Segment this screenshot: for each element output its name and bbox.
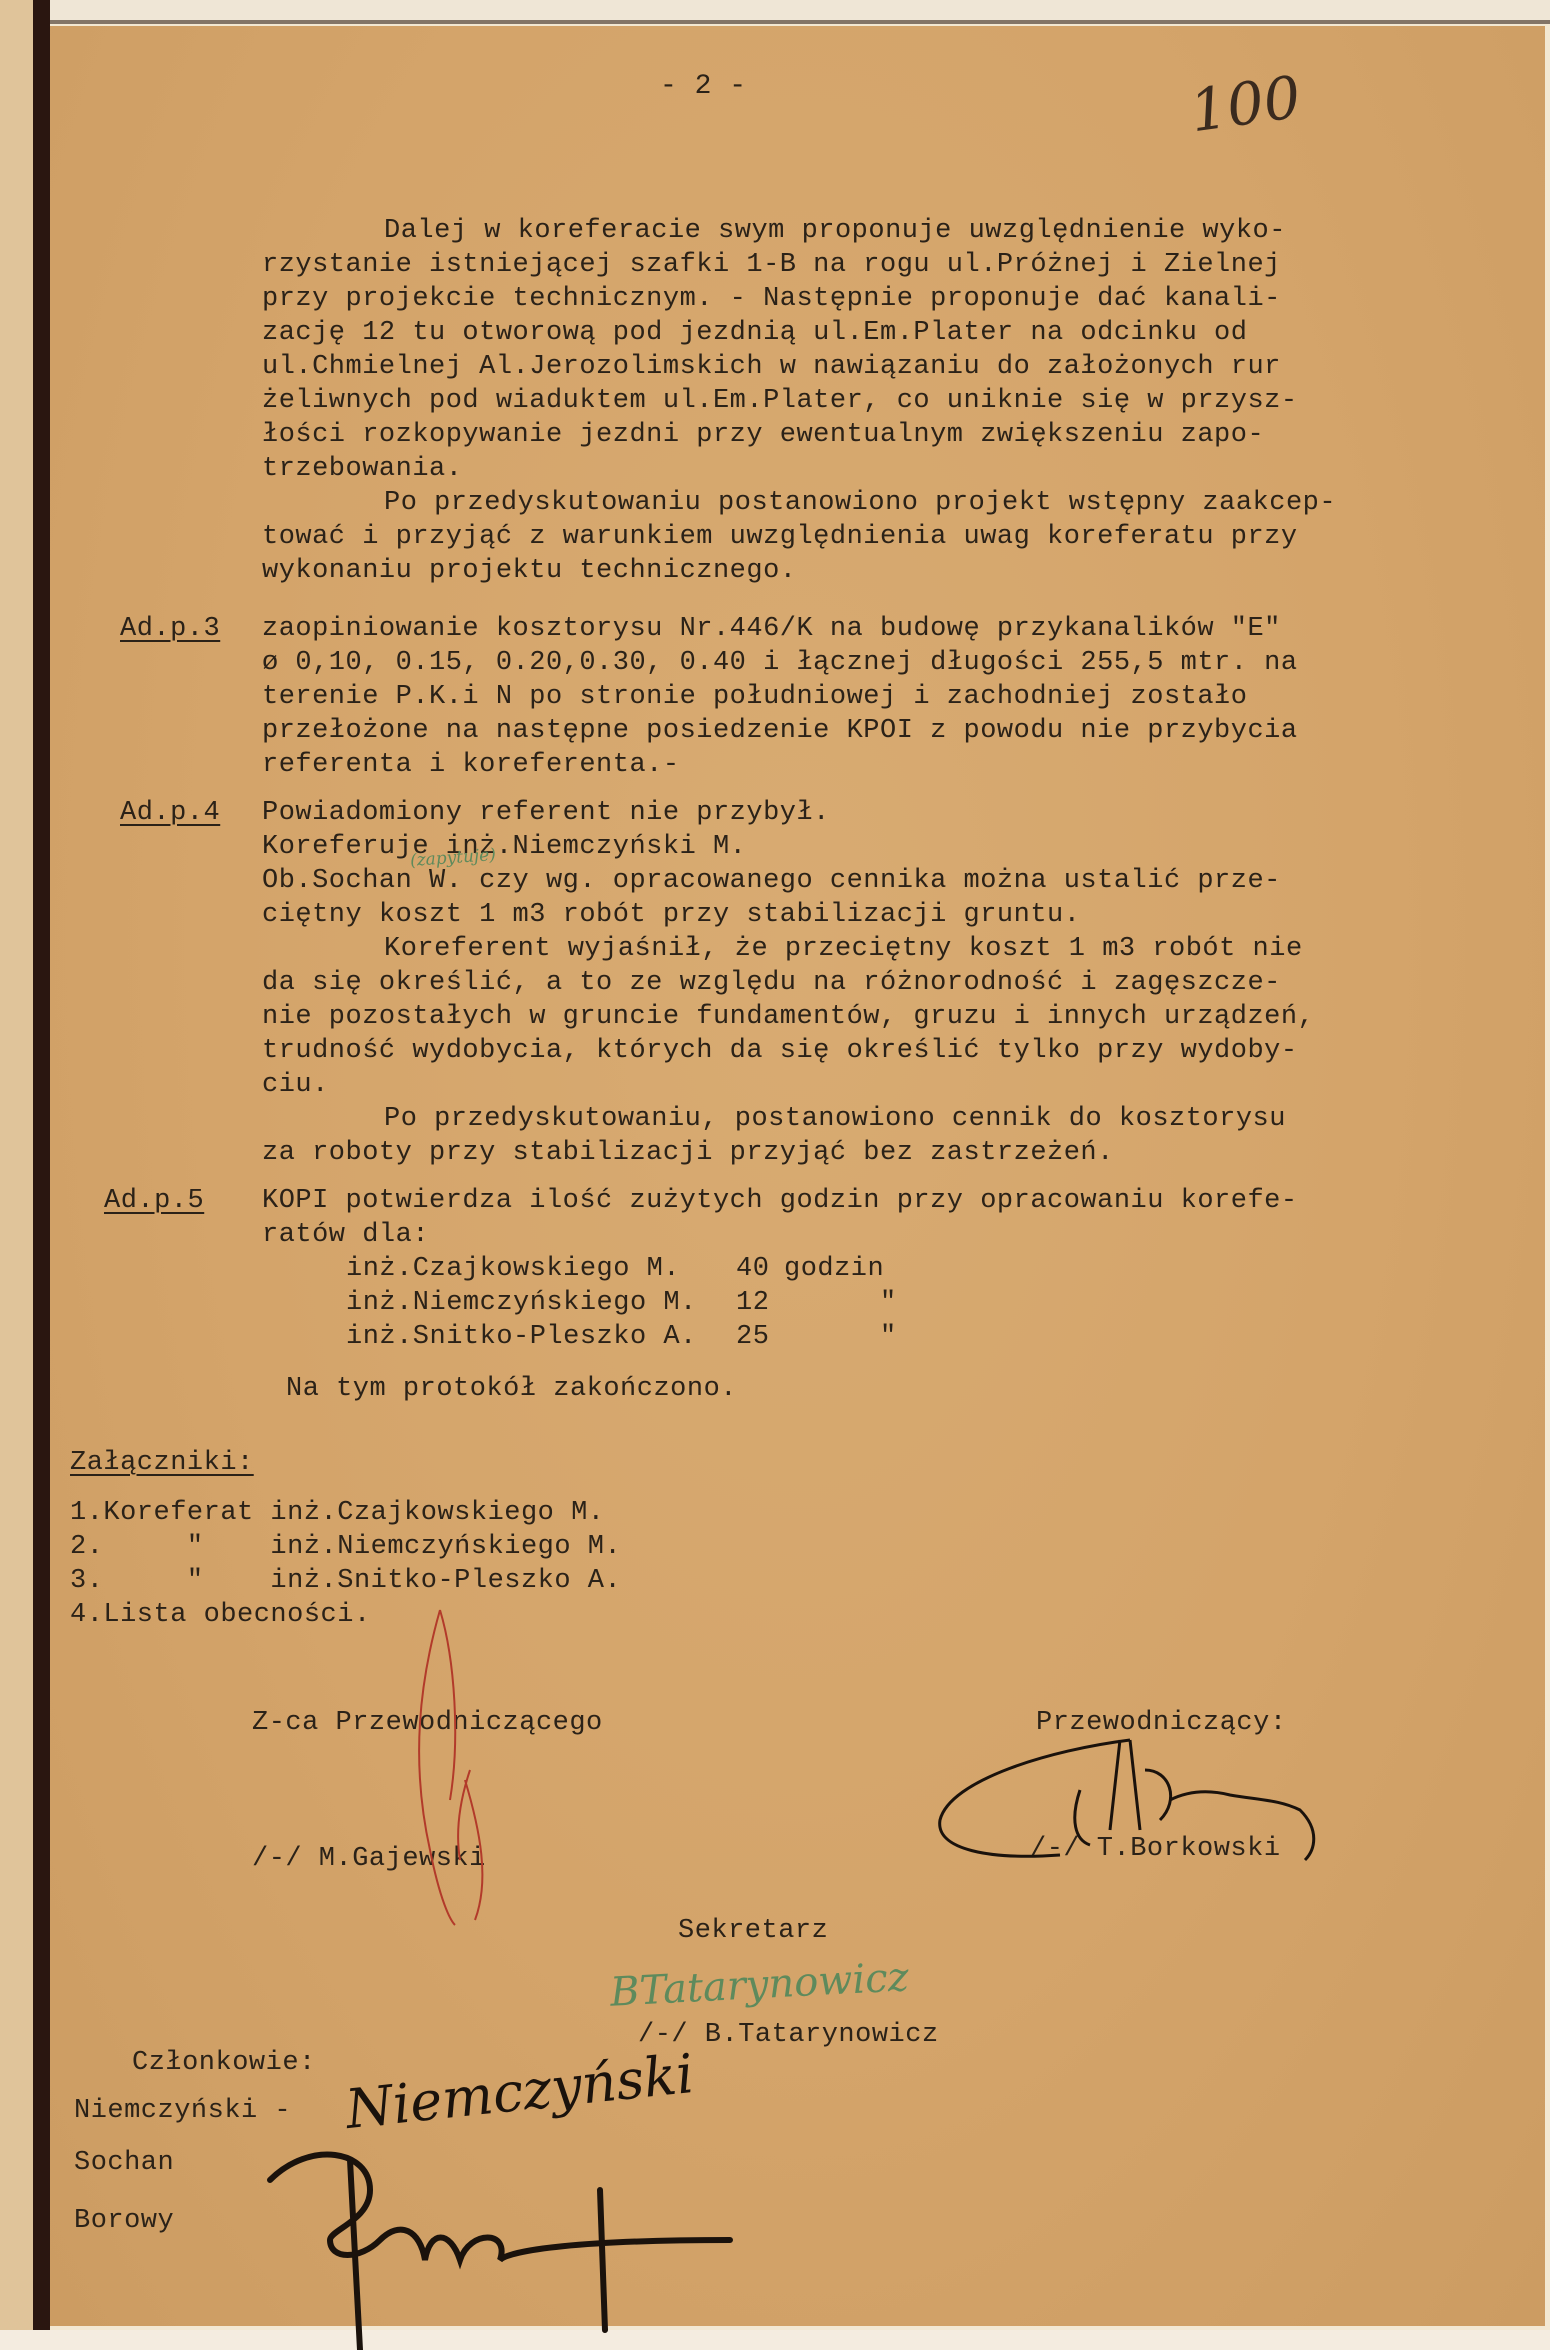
hours-value: 40	[736, 1252, 769, 1286]
hours-value: 12	[736, 1286, 769, 1320]
red-signature-icon	[400, 1600, 520, 1930]
scan-bottom-edge	[0, 2330, 1550, 2350]
hours-unit: "	[880, 1286, 897, 1320]
binding-edge	[33, 0, 50, 2350]
text-line: nie pozostałych w gruncie fundamentów, g…	[262, 1000, 1314, 1034]
text-line: Po przedyskutowaniu, postanowiono cennik…	[384, 1102, 1286, 1136]
text-line: Koreferuje inż.Niemczyński M.	[262, 830, 746, 864]
text-line: przy projekcie technicznym. - Następnie …	[262, 282, 1281, 316]
text-line: trudność wydobycia, których da się okreś…	[262, 1034, 1298, 1068]
member-name: Borowy	[74, 2204, 174, 2238]
text-line: rzystanie istniejącej szafki 1-B na rogu…	[262, 248, 1281, 282]
item-label: Ad.p.5	[104, 1184, 204, 1218]
scan-top-edge	[0, 0, 1550, 24]
member-name: Niemczyński -	[74, 2094, 291, 2128]
attachments-heading: Załączniki:	[70, 1446, 254, 1480]
text-line: ø 0,10, 0.15, 0.20,0.30, 0.40 i łącznej …	[262, 646, 1298, 680]
text-line: Koreferent wyjaśnił, że przeciętny koszt…	[384, 932, 1303, 966]
text-line: łości rozkopywanie jezdni przy ewentualn…	[262, 418, 1264, 452]
attachment-item: 2. " inż.Niemczyńskiego M.	[70, 1530, 621, 1564]
text-line: Po przedyskutowaniu postanowiono projekt…	[384, 486, 1336, 520]
attachment-item: 4.Lista obecności.	[70, 1598, 371, 1632]
text-line: żeliwnych pod wiaduktem ul.Em.Plater, co…	[262, 384, 1298, 418]
item-label: Ad.p.3	[120, 612, 220, 646]
member-name: Sochan	[74, 2146, 174, 2180]
text-line: tować i przyjąć z warunkiem uwzględnieni…	[262, 520, 1298, 554]
text-line: zację 12 tu otworową pod jezdnią ul.Em.P…	[262, 316, 1247, 350]
item-label: Ad.p.4	[120, 796, 220, 830]
text-line: za roboty przy stabilizacji przyjąć bez …	[262, 1136, 1114, 1170]
hours-name: inż.Snitko-Pleszko A.	[346, 1320, 697, 1354]
text-line: zaopiniowanie kosztorysu Nr.446/K na bud…	[262, 612, 1281, 646]
hours-unit: "	[880, 1320, 897, 1354]
hours-unit: godzin	[784, 1252, 884, 1286]
text-line: przełożone na następne posiedzenie KPOI …	[262, 714, 1298, 748]
text-line: trzebowania.	[262, 452, 462, 486]
text-line: KOPI potwierdza ilość zużytych godzin pr…	[262, 1184, 1298, 1218]
members-title: Członkowie:	[132, 2046, 316, 2080]
text-line: da się określić, a to ze względu na różn…	[262, 966, 1281, 1000]
closing-text: Na tym protokół zakończono.	[286, 1372, 737, 1406]
text-line: wykonaniu projektu technicznego.	[262, 554, 796, 588]
attachment-item: 3. " inż.Snitko-Pleszko A.	[70, 1564, 621, 1598]
text-line: referenta i koreferenta.-	[262, 748, 680, 782]
attachment-item: 1.Koreferat inż.Czajkowskiego M.	[70, 1496, 604, 1530]
text-line: Dalej w koreferacie swym proponuje uwzgl…	[384, 214, 1286, 248]
signature-title: Sekretarz	[678, 1914, 828, 1948]
text-line: Powiadomiony referent nie przybył.	[262, 796, 830, 830]
text-line: ciu.	[262, 1068, 329, 1102]
text-line: ratów dla:	[262, 1218, 429, 1252]
hours-name: inż.Niemczyńskiego M.	[346, 1286, 697, 1320]
chair-signature-icon	[930, 1730, 1350, 1870]
hours-name: inż.Czajkowskiego M.	[346, 1252, 680, 1286]
borowy-signature-icon	[250, 2130, 770, 2350]
hours-value: 25	[736, 1320, 769, 1354]
text-line: ciętny koszt 1 m3 robót przy stabilizacj…	[262, 898, 1080, 932]
text-line: ul.Chmielnej Al.Jerozolimskich w nawiąza…	[262, 350, 1281, 384]
text-line: terenie P.K.i N po stronie południowej i…	[262, 680, 1247, 714]
page-number: - 2 -	[660, 70, 747, 104]
